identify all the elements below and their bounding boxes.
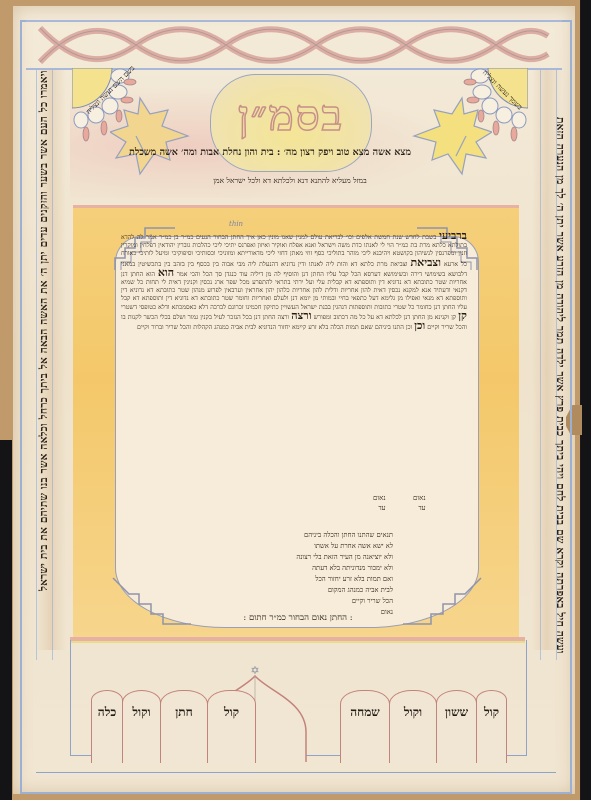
section-word: הוא — [158, 266, 174, 279]
groom-signature: : החתן נאום הבחור כמ״ר חתום : — [168, 612, 428, 623]
condition-line: הכל שריר וקיים — [223, 596, 393, 607]
text-line: מן יומא דנן ולעלם ואחריות וחומר שטר כתוב… — [175, 295, 319, 302]
black-mount-edge-left — [0, 440, 12, 800]
section-word: וכן — [414, 319, 425, 332]
text-line: אפלח ואוקיר ואיזון ואפרנס יתיכי ליכי כהל… — [158, 242, 303, 249]
right-margin-verse-text: ועשה חיל באפרתה וקרא שם בבית לחם ויהי בי… — [554, 74, 566, 654]
text-line: נכסין דאית להון אחריות ודלית להון אחריות… — [266, 287, 401, 294]
witness-line: עד — [373, 504, 386, 514]
text-line: וצביאת מרת כלתא דא והות ליה לאנתו ודין נ… — [248, 261, 408, 268]
arch-label: ששון — [437, 705, 476, 720]
arch-label: וקול — [390, 705, 436, 720]
stepped-corner-icon — [109, 574, 199, 634]
text-line: זכרונם לברכה דלא כאסמכתא ודלא כטופסי דשט… — [121, 304, 244, 311]
arch-6: חתן — [160, 690, 208, 763]
arch-1: קול — [476, 690, 507, 763]
opening-word: ברביעי — [439, 232, 467, 242]
section-word: ורצה — [291, 309, 311, 322]
left-leaf-icon — [110, 96, 200, 176]
text-line: ורצה החתן דנן בכל הנזכר לעיל בקנין גמור … — [173, 314, 289, 321]
text-line: אחראין וערבאין לפרוע מנהון שטר כתובתא דא… — [121, 287, 263, 294]
conditions-text: תנאים שהתנו החתן והכלה ביניהם לא ישא אשה… — [223, 530, 393, 618]
witness-signature-right: נאום עד — [413, 494, 426, 513]
right-margin-verse: ועשה חיל באפרתה וקרא שם בבית לחם ויהי בי… — [540, 74, 566, 654]
black-mount-edge-right — [581, 0, 591, 800]
interlace-ornament-icon — [26, 22, 562, 68]
condition-line: לא ישא אשה אחרת על אשתו — [223, 541, 393, 552]
pencil-annotation: thin — [229, 220, 243, 228]
arch-2: ששון — [436, 690, 477, 763]
arch-3: וקול — [389, 690, 437, 763]
arch-5: קול — [207, 690, 256, 763]
arch-label: קול — [477, 705, 506, 720]
ketubah-body-text: ברביעי בשבת לחדש שנת חמשת אלפים וכו׳ לבר… — [121, 232, 467, 494]
right-leaf-icon — [402, 96, 492, 176]
star-of-david-icon: ✡ — [250, 664, 259, 677]
outer-bottom-rule — [36, 772, 556, 773]
text-line: וכן התנו ביניהם שאם תמות הכלה בלא זרע קי… — [278, 324, 412, 331]
main-text-panel: ברביעי בשבת לחדש שנת חמשת אלפים וכו׳ לבר… — [73, 205, 519, 641]
header-proverb-line: מצא אשה מצא טוב ויפק רצון מה׳ : בית והון… — [70, 147, 470, 158]
text-line: כלתא מרת בת כמ״ר הוי לי לאנתו כדת משה וי… — [305, 242, 446, 249]
arch-label: שמחה — [341, 705, 389, 720]
witness-signature-left: נאום עד — [373, 494, 386, 513]
text-line: בשבת לחדש שנת חמשת אלפים וכו׳ לבריאת עול… — [257, 234, 436, 241]
stepped-corner-icon — [395, 574, 485, 634]
section-word: וצביאת — [410, 256, 441, 269]
condition-line: ולא יוציאנה מן העיר הזאת בלי רצונה — [223, 552, 393, 563]
arch-7: וקול — [122, 690, 161, 763]
text-line: בשימושי דירה ובשימושא דערסא הכל קבל עליו… — [302, 271, 446, 278]
left-margin-verse-text: ויאמרו כל העם אשר בשער והזקנים עדים יתן … — [38, 70, 50, 650]
text-line: מוהר בתוליכי כסף זוזי מאתן דחזי ליכי מדא… — [218, 250, 359, 257]
section-word: קן — [458, 309, 467, 322]
arch-label: כלה — [92, 705, 122, 720]
condition-line: ואם תמות בלא זרע יחזור הכל — [223, 574, 393, 585]
arch-label: קול — [208, 705, 255, 720]
be-siman-tov-monogram: בסמ״ן — [211, 91, 371, 141]
header-illumination: בשם השם נעשה ונצליח בשמך נעשה ונצליח — [70, 68, 530, 200]
arch-4: שמחה — [340, 690, 390, 763]
text-line: קבלית עלי ועל ירתי בתראי להתפרע מכל שפר … — [200, 279, 342, 286]
arch-label: חתן — [161, 705, 207, 720]
arch-label: וקול — [123, 705, 160, 720]
text-line: הנדוניא לבית אביה כמנהג הקהלות והכל שריר… — [137, 324, 276, 331]
condition-line: ולא ימכור מנדוניתה בלא דעתה — [223, 563, 393, 574]
top-interlace-border — [26, 20, 562, 70]
witness-line: נאום — [373, 494, 386, 504]
witness-line: עד — [413, 504, 426, 514]
condition-line: תנאים שהתנו החתן והכלה ביניהם — [223, 530, 393, 541]
text-line: והוסיף לה מן דיליה עוד כנגדן סך הכל והכי… — [177, 271, 299, 278]
left-margin-verse: ויאמרו כל העם אשר בשער והזקנים עדים יתן … — [38, 70, 64, 650]
condition-line: לבית אביה כמנהג המקום — [223, 585, 393, 596]
text-line: ותוספתא דא מנאי ואפילו מן גלימא דעל כתפא… — [321, 295, 467, 302]
witness-line: נאום — [413, 494, 426, 504]
text-line: קן וקנינא מן החתן דנן לכלתא דא על כל מה … — [314, 314, 457, 321]
arch-8: כלה — [91, 690, 123, 763]
cartouche-blessing: במזל מעליא להתנא דנא ולכלתא דא ולכל ישרא… — [200, 176, 380, 185]
